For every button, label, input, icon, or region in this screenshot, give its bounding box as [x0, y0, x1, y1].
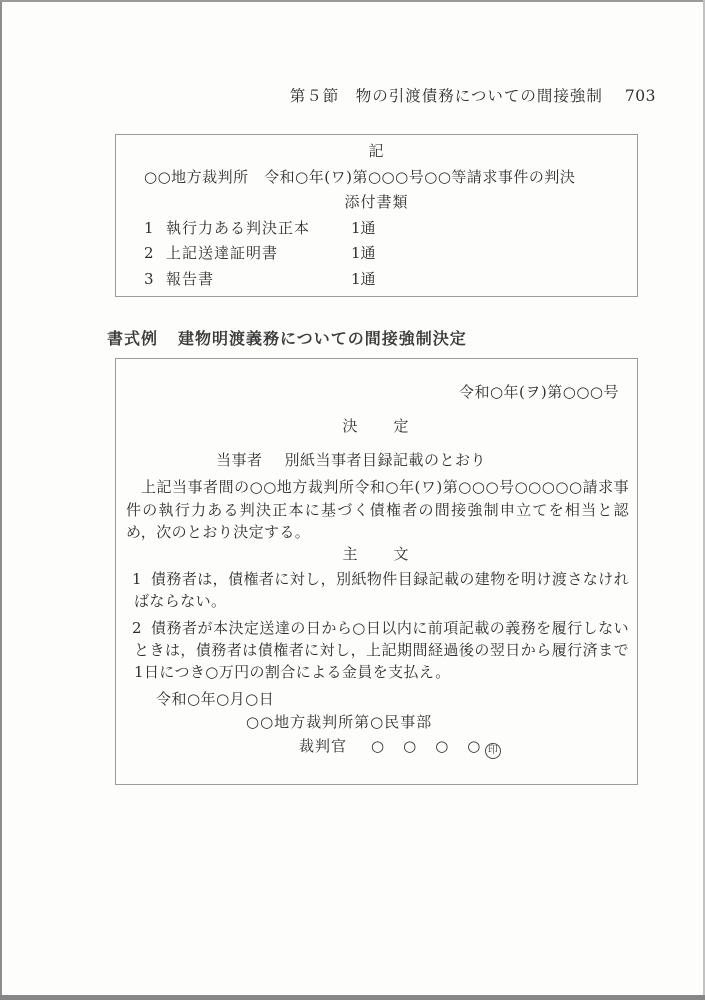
attachment-label: 報告書: [166, 267, 351, 293]
judge-label: 裁判官: [299, 737, 347, 755]
attachment-number: 2: [144, 241, 166, 267]
order-number: 2: [132, 619, 142, 637]
scan-edge-top: [0, 0, 705, 2]
order-item: 2債務者が本決定送達の日から○日以内に前項記載の義務を履行しないときは，債務者は…: [124, 617, 629, 684]
section-title: 第５節 物の引渡債務についての間接強制: [290, 87, 603, 105]
parties-line: 当事者別紙当事者目録記載のとおり: [216, 449, 629, 471]
attachments-heading: 添付書類: [116, 190, 637, 216]
order-text: 債務者が本決定送達の日から○日以内に前項記載の義務を履行しないときは，債務者は債…: [134, 619, 629, 682]
decision-case-number: 令和○年(ヲ)第○○○号: [124, 381, 629, 403]
page-number: 703: [625, 87, 656, 105]
date-line: 令和○年○月○日: [156, 688, 629, 710]
attachment-count: 1通: [351, 241, 376, 267]
decision-box: 令和○年(ヲ)第○○○号 決 定 当事者別紙当事者目録記載のとおり 上記当事者間…: [115, 358, 638, 785]
attachment-row: 2上記送達証明書1通: [144, 241, 637, 267]
court-line: ○○地方裁判所第○民事部: [246, 711, 629, 733]
decision-title: 決 定: [124, 415, 629, 437]
attachment-number: 1: [144, 216, 166, 242]
attachment-row: 3報告書1通: [144, 267, 637, 293]
running-head: 第５節 物の引渡債務についての間接強制703: [0, 84, 656, 106]
form-example-heading: 書式例建物明渡義務についての間接強制決定: [107, 326, 467, 349]
judge-line: 裁判官○ ○ ○ ○印: [299, 735, 629, 759]
attachment-label: 上記送達証明書: [166, 241, 351, 267]
scan-edge-left: [0, 0, 2, 1000]
attachment-count: 1通: [351, 267, 376, 293]
seal-icon: 印: [485, 743, 501, 759]
form-example-label: 書式例: [107, 331, 158, 348]
parties-value: 別紙当事者目録記載のとおり: [285, 451, 487, 469]
order-text: 債務者は，債権者に対し，別紙物件目録記載の建物を明け渡さなければならない。: [134, 570, 629, 610]
attachment-row: 1執行力ある判決正本1通: [144, 216, 637, 242]
order-item: 1債務者は，債権者に対し，別紙物件目録記載の建物を明け渡さなければならない。: [124, 568, 629, 613]
form-example-title: 建物明渡義務についての間接強制決定: [178, 331, 467, 348]
order-number: 1: [132, 570, 142, 588]
scan-edge-bottom: [0, 995, 705, 1000]
attachment-count: 1通: [351, 216, 376, 242]
main-text-heading: 主 文: [124, 543, 629, 565]
parties-label: 当事者: [216, 451, 263, 469]
attachment-label: 執行力ある判決正本: [166, 216, 351, 242]
record-heading: 記: [116, 139, 637, 165]
attachment-number: 3: [144, 267, 166, 293]
intro-paragraph: 上記当事者間の○○地方裁判所令和○年(ワ)第○○○号○○○○○請求事件の執行力あ…: [126, 476, 629, 543]
judge-names: ○ ○ ○ ○: [371, 737, 482, 755]
judgment-case-line: ○○地方裁判所 令和○年(ワ)第○○○号○○等請求事件の判決: [144, 165, 637, 191]
record-box: 記 ○○地方裁判所 令和○年(ワ)第○○○号○○等請求事件の判決 添付書類 1執…: [115, 134, 638, 297]
